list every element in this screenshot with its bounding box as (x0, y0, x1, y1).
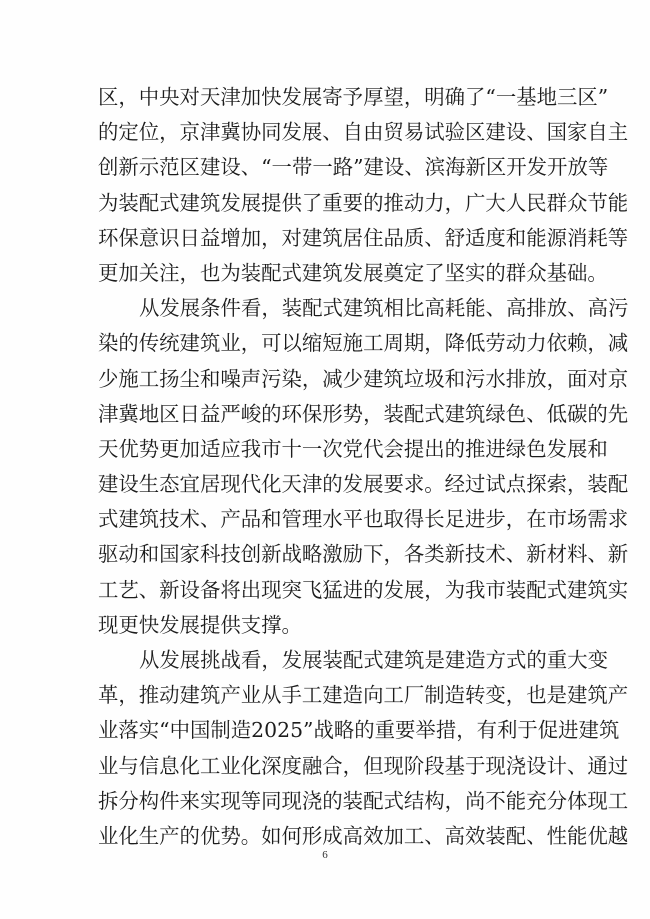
text-line: 创新示范区建设、“一带一路”建设、滨海新区开发开放等 (98, 150, 554, 185)
text-line: 的定位，京津冀协同发展、自由贸易试验区建设、国家自主 (98, 115, 554, 150)
text-line: 式建筑技术、产品和管理水平也取得长足进步，在市场需求 (98, 502, 554, 537)
text-line: 津冀地区日益严峻的环保形势，装配式建筑绿色、低碳的先 (98, 397, 554, 432)
text-line: 区，中央对天津加快发展寄予厚望，明确了“一基地三区” (98, 80, 554, 115)
text-line: 革，推动建筑产业从手工建造向工厂制造转变，也是建筑产 (98, 678, 554, 713)
text-line: 染的传统建筑业，可以缩短施工周期，降低劳动力依赖，减 (98, 326, 554, 361)
text-line: 业与信息化工业化深度融合，但现阶段基于现浇设计、通过 (98, 749, 554, 784)
text-line: 为装配式建筑发展提供了重要的推动力，广大人民群众节能 (98, 186, 554, 221)
text-line: 天优势更加适应我市十一次党代会提出的推进绿色发展和 (98, 432, 554, 467)
text-line: 拆分构件来实现等同现浇的装配式结构，尚不能充分体现工 (98, 784, 554, 819)
text-line: 少施工扬尘和噪声污染，减少建筑垃圾和污水排放，面对京 (98, 362, 554, 397)
body-text: 区，中央对天津加快发展寄予厚望，明确了“一基地三区” 的定位，京津冀协同发展、自… (98, 80, 554, 854)
text-line: 业落实“中国制造2025”战略的重要举措，有利于促进建筑 (98, 713, 554, 748)
text-line-indented: 从发展条件看，装配式建筑相比高耗能、高排放、高污 (98, 291, 554, 326)
text-line: 环保意识日益增加，对建筑居住品质、舒适度和能源消耗等 (98, 221, 554, 256)
text-line: 工艺、新设备将出现突飞猛进的发展，为我市装配式建筑实 (98, 573, 554, 608)
text-line: 现更快发展提供支撑。 (98, 608, 554, 643)
document-page: 区，中央对天津加快发展寄予厚望，明确了“一基地三区” 的定位，京津冀协同发展、自… (0, 0, 650, 919)
text-line: 驱动和国家科技创新战略激励下，各类新技术、新材料、新 (98, 537, 554, 572)
text-line: 更加关注，也为装配式建筑发展奠定了坚实的群众基础。 (98, 256, 554, 291)
text-line: 建设生态宜居现代化天津的发展要求。经过试点探索，装配 (98, 467, 554, 502)
page-number: 6 (0, 849, 650, 861)
text-line-indented: 从发展挑战看，发展装配式建筑是建造方式的重大变 (98, 643, 554, 678)
